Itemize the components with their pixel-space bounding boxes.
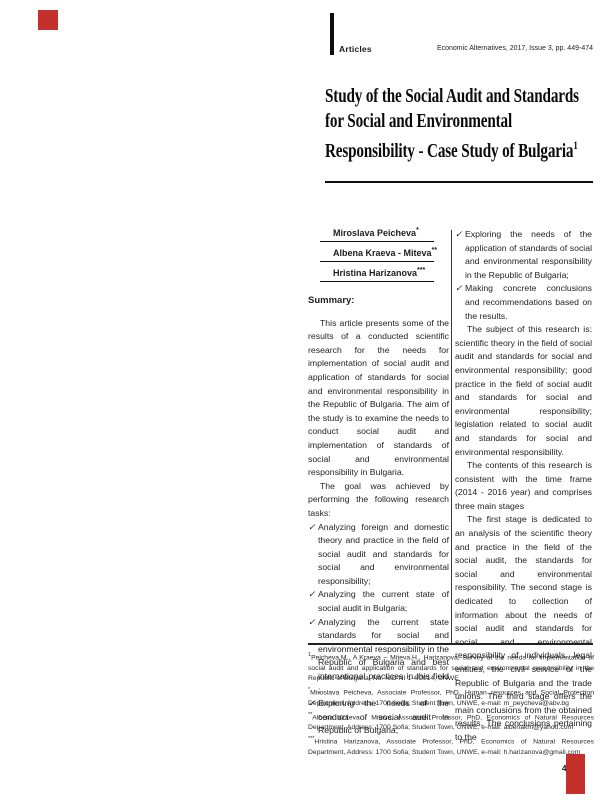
research-task-item: ✓ Analyzing foreign and domestic theory …	[308, 521, 449, 589]
checkmark-icon: ✓	[308, 521, 318, 589]
title-line-1: Study of the Social Audit and Standards	[325, 84, 579, 109]
red-marker-top-left	[38, 10, 58, 30]
summary-heading: Summary:	[308, 294, 449, 308]
author-name: Miroslava Peicheva*	[320, 226, 434, 242]
red-marker-bottom-right	[566, 754, 585, 794]
footnote: **Albena Kraeva - Miteva, Associate Prof…	[308, 710, 594, 734]
section-edge-bar	[330, 13, 334, 55]
title-footnote-marker: 1	[573, 138, 577, 152]
footnote: ***Hristina Harizanova, Associate Profes…	[308, 734, 594, 758]
paper-title: Study of the Social Audit and Standards …	[325, 84, 600, 163]
body-paragraph: The subject of this research is: scienti…	[455, 323, 592, 459]
journal-citation: Economic Alternatives, 2017, Issue 3, pp…	[380, 45, 593, 52]
title-divider-rule	[325, 181, 593, 183]
author-block: Miroslava Peicheva* Albena Kraeva - Mite…	[320, 226, 434, 286]
footnote-divider-rule	[308, 643, 593, 645]
footnote: 1Peicheva,M., A.Kraeva – Miteva,H., Hari…	[308, 650, 594, 685]
summary-paragraph: The goal was achieved by performing the …	[308, 480, 449, 521]
checkmark-icon: ✓	[308, 588, 318, 615]
footnote-block: 1Peicheva,M., A.Kraeva – Miteva,H., Hari…	[308, 650, 594, 758]
author-name: Hristina Harizanova***	[320, 266, 434, 282]
section-label: Articles	[339, 44, 372, 54]
checkmark-icon: ✓	[455, 282, 465, 323]
column-divider-rule	[451, 230, 452, 644]
research-task-item: ✓ Exploring the needs of the application…	[455, 228, 592, 282]
scanned-paper-page: { "header": { "section": "Articles", "ci…	[0, 0, 600, 800]
title-line-2: for Social and Environmental	[325, 109, 579, 134]
author-name: Albena Kraeva - Miteva**	[320, 246, 434, 262]
summary-paragraph: This article presents some of the result…	[308, 317, 449, 480]
body-paragraph: The contents of this research is consist…	[455, 459, 592, 513]
checkmark-icon: ✓	[455, 228, 465, 282]
footnote: *Miroslava Peicheva, Associate Professor…	[308, 685, 594, 709]
research-task-item: ✓ Analyzing the current state of social …	[308, 588, 449, 615]
research-task-item: ✓ Making concrete conclusions and recomm…	[455, 282, 592, 323]
title-line-3: Responsibility - Case Study of Bulgaria1	[325, 133, 579, 163]
